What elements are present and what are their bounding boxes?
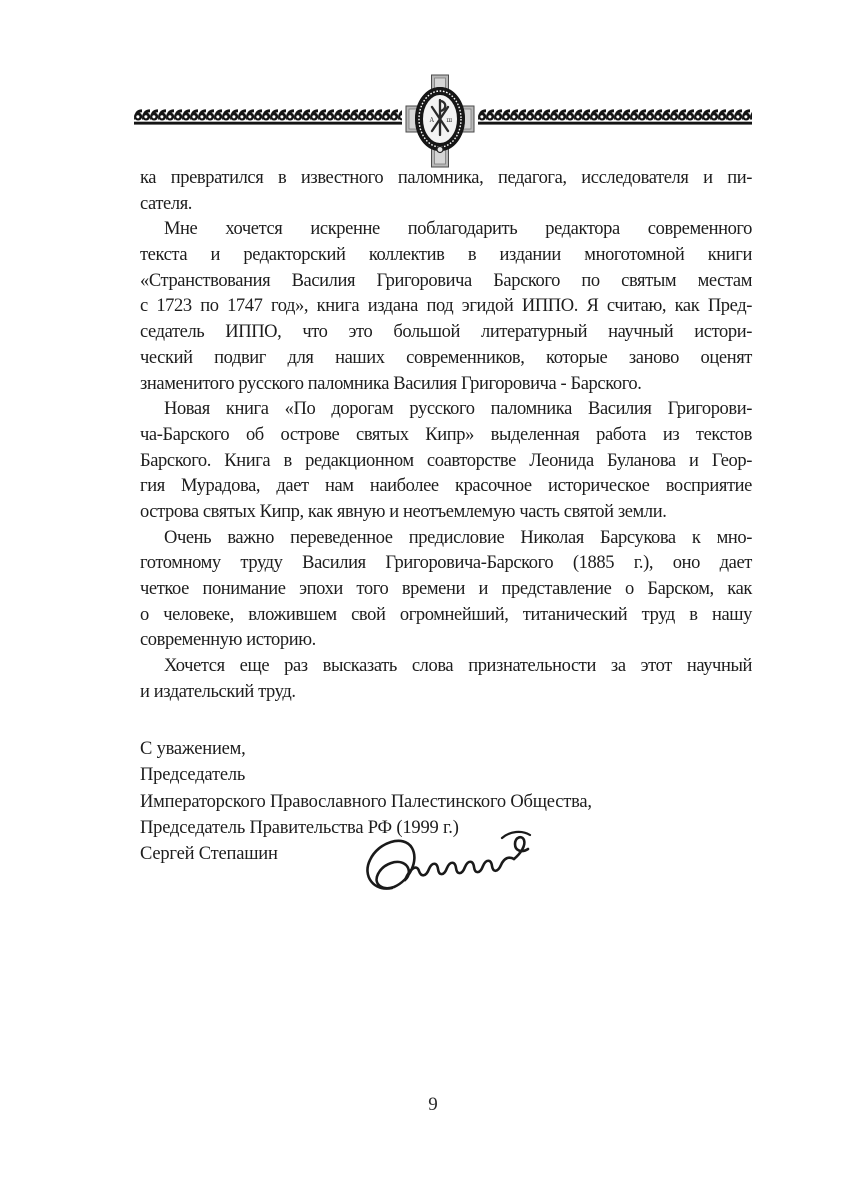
text-line: Барского. Книга в редакционном соавторст… xyxy=(140,449,752,475)
wave-scroll-band-left xyxy=(134,108,402,125)
closing-line: Председатель xyxy=(140,762,752,788)
wave-scroll-band-right xyxy=(478,108,752,125)
text-line: Очень важно переведенное предисловие Ник… xyxy=(140,526,752,552)
text-line: текста и редакторский коллектив в издани… xyxy=(140,243,752,269)
closing-line: Императорского Православного Палестинско… xyxy=(140,789,752,815)
text-line: ка превратился в известного паломника, п… xyxy=(140,166,752,192)
ippo-seal-icon: А ш xyxy=(404,74,476,168)
text-line: Мне хочется искренне поблагодарить редак… xyxy=(140,217,752,243)
text-line: «Странствования Василия Григоровича Барс… xyxy=(140,269,752,295)
text-line: ча-Барского об острове святых Кипр» выде… xyxy=(140,423,752,449)
text-line: Хочется еще раз высказать слова признате… xyxy=(140,654,752,680)
text-line: седатель ИППО, что это большой литератур… xyxy=(140,320,752,346)
text-line: четкое понимание эпохи того времени и пр… xyxy=(140,577,752,603)
text-line: ческий подвиг для наших современников, к… xyxy=(140,346,752,372)
text-line: готомному труду Василия Григоровича-Барс… xyxy=(140,551,752,577)
omega-letter: ш xyxy=(447,117,453,124)
text-line: современную историю. xyxy=(140,628,752,654)
closing-line: С уважением, xyxy=(140,736,752,762)
page-number: 9 xyxy=(0,1094,866,1116)
alpha-letter: А xyxy=(430,117,435,124)
stepashin-signature-icon xyxy=(352,826,587,898)
text-line: гия Мурадова, дает нам наиболее красочно… xyxy=(140,474,752,500)
text-line: Новая книга «По дорогам русского паломни… xyxy=(140,397,752,423)
book-page: А ш ка превратился в известного паломник… xyxy=(0,0,866,1200)
text-line: с 1723 по 1747 год», книга издана под эг… xyxy=(140,294,752,320)
seal-pendant xyxy=(437,147,443,153)
text-line: и издательский труд. xyxy=(140,680,752,706)
text-line: острова святых Кипр, как явную и неотъем… xyxy=(140,500,752,526)
text-line: сателя. xyxy=(140,192,752,218)
body-text: ка превратился в известного паломника, п… xyxy=(140,166,752,705)
text-line: знаменитого русского паломника Василия Г… xyxy=(140,372,752,398)
text-line: о человеке, вложившем свой огромнейший, … xyxy=(140,603,752,629)
